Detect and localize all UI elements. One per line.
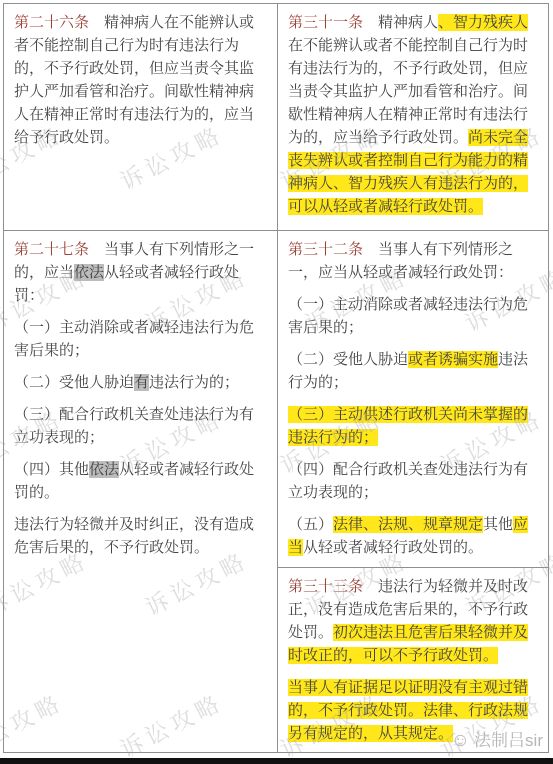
article-number: 第三十二条 [288,241,363,258]
text-segment: （五） [288,516,333,533]
paragraph: 第三十二条 当事人有下列情形之一，应当从轻或者减轻行政处罚： [288,238,538,284]
smiley-face-icon [451,730,470,752]
article-number: 第二十六条 [14,14,89,31]
deleted-text: 依法 [74,264,104,281]
article-number: 第三十一条 [288,14,363,31]
deleted-text: 有 [134,374,149,391]
paragraph: （二）受他人胁迫有违法行为的； [14,371,267,394]
paragraph: （二）受他人胁迫或者诱骗实施违法行为的； [288,348,538,394]
cell-article-32: 第三十二条 当事人有下列情形之一，应当从轻或者减轻行政处罚： （一）主动消除或者… [278,231,548,568]
highlighted-text: 或者诱骗实施 [408,351,498,368]
article-number: 第二十七条 [14,241,89,258]
text-segment: （四）配合行政机关查处违法行为有立功表现的； [288,461,528,501]
paragraph: （四）其他依法从轻或者减轻行政处罚的。 [14,458,267,504]
cell-article-31: 第三十一条 精神病人、智力残疾人在不能辨认或者不能控制自己行为时有违法行为的，不… [278,4,548,231]
paragraph: （四）配合行政机关查处违法行为有立功表现的； [288,458,538,504]
cell-article-27: 第二十七条 当事人有下列情形之一的，应当依法从轻或者减轻行政处罚： （一）主动消… [4,231,277,752]
cell-article-26: 第二十六条 精神病人在不能辨认或者不能控制自己行为时有违法行为的，不予行政处罚，… [4,4,277,231]
paragraph: 第三十三条 违法行为轻微并及时改正，没有造成危害后果的，不予行政处罚。初次违法且… [288,575,538,667]
column-old-law: 第二十六条 精神病人在不能辨认或者不能控制自己行为时有违法行为的，不予行政处罚，… [4,4,278,752]
text-segment: 违法行为轻微并及时纠正，没有造成危害后果的，不予行政处罚。 [14,516,254,556]
paragraph: （五）法律、法规、规章规定其他应当从轻或者减轻行政处罚的。 [288,513,538,559]
brand-logo: 法制吕sir [451,730,543,752]
text-segment: 精神病人 [363,14,438,31]
cell-article-33: 第三十三条 违法行为轻微并及时改正，没有造成危害后果的，不予行政处罚。初次违法且… [278,568,548,752]
paragraph: 第三十一条 精神病人、智力残疾人在不能辨认或者不能控制自己行为时有违法行为的，不… [288,11,538,218]
text-segment: （二）受他人胁迫 [14,374,134,391]
paragraph: （一）主动消除或者减轻违法行为危害后果的； [14,316,267,362]
text-segment: （一）主动消除或者减轻违法行为危害后果的； [14,319,254,359]
highlighted-text: （三）主动供述行政机关尚未掌握的违法行为的； [288,406,528,446]
paragraph: 违法行为轻微并及时纠正，没有造成危害后果的，不予行政处罚。 [14,513,267,559]
paragraph: （一）主动消除或者减轻违法行为危害后果的； [288,293,538,339]
law-comparison-table: 第二十六条 精神病人在不能辨认或者不能控制自己行为时有违法行为的，不予行政处罚，… [3,3,549,753]
text-segment: （四）其他 [14,461,89,478]
highlighted-text: 法律、法规、规章规定 [333,516,483,533]
article-number: 第三十三条 [288,578,363,595]
text-segment: 违法行为的； [149,374,239,391]
text-segment: （三）配合行政机关查处违法行为有立功表现的； [14,406,254,446]
text-segment: （一）主动消除或者减轻违法行为危害后果的； [288,296,528,336]
paragraph: （三）配合行政机关查处违法行为有立功表现的； [14,403,267,449]
text-segment: 其他 [483,516,513,533]
bottom-black-bar [0,758,553,764]
text-segment: 精神病人在不能辨认或者不能控制自己行为时有违法行为的，不予行政处罚，但应当责令其… [14,14,254,146]
column-new-law: 第三十一条 精神病人、智力残疾人在不能辨认或者不能控制自己行为时有违法行为的，不… [278,4,548,752]
paragraph: 第二十七条 当事人有下列情形之一的，应当依法从轻或者减轻行政处罚： [14,238,267,307]
deleted-text: 依法 [89,461,119,478]
paragraph: 第二十六条 精神病人在不能辨认或者不能控制自己行为时有违法行为的，不予行政处罚，… [14,11,267,149]
brand-name: 法制吕sir [474,730,543,752]
paragraph: （三）主动供述行政机关尚未掌握的违法行为的； [288,403,538,449]
text-segment: （二）受他人胁迫 [288,351,408,368]
text-segment: 从轻或者减轻行政处罚的。 [303,539,483,556]
highlighted-text: 、智力残疾人 [438,14,528,31]
